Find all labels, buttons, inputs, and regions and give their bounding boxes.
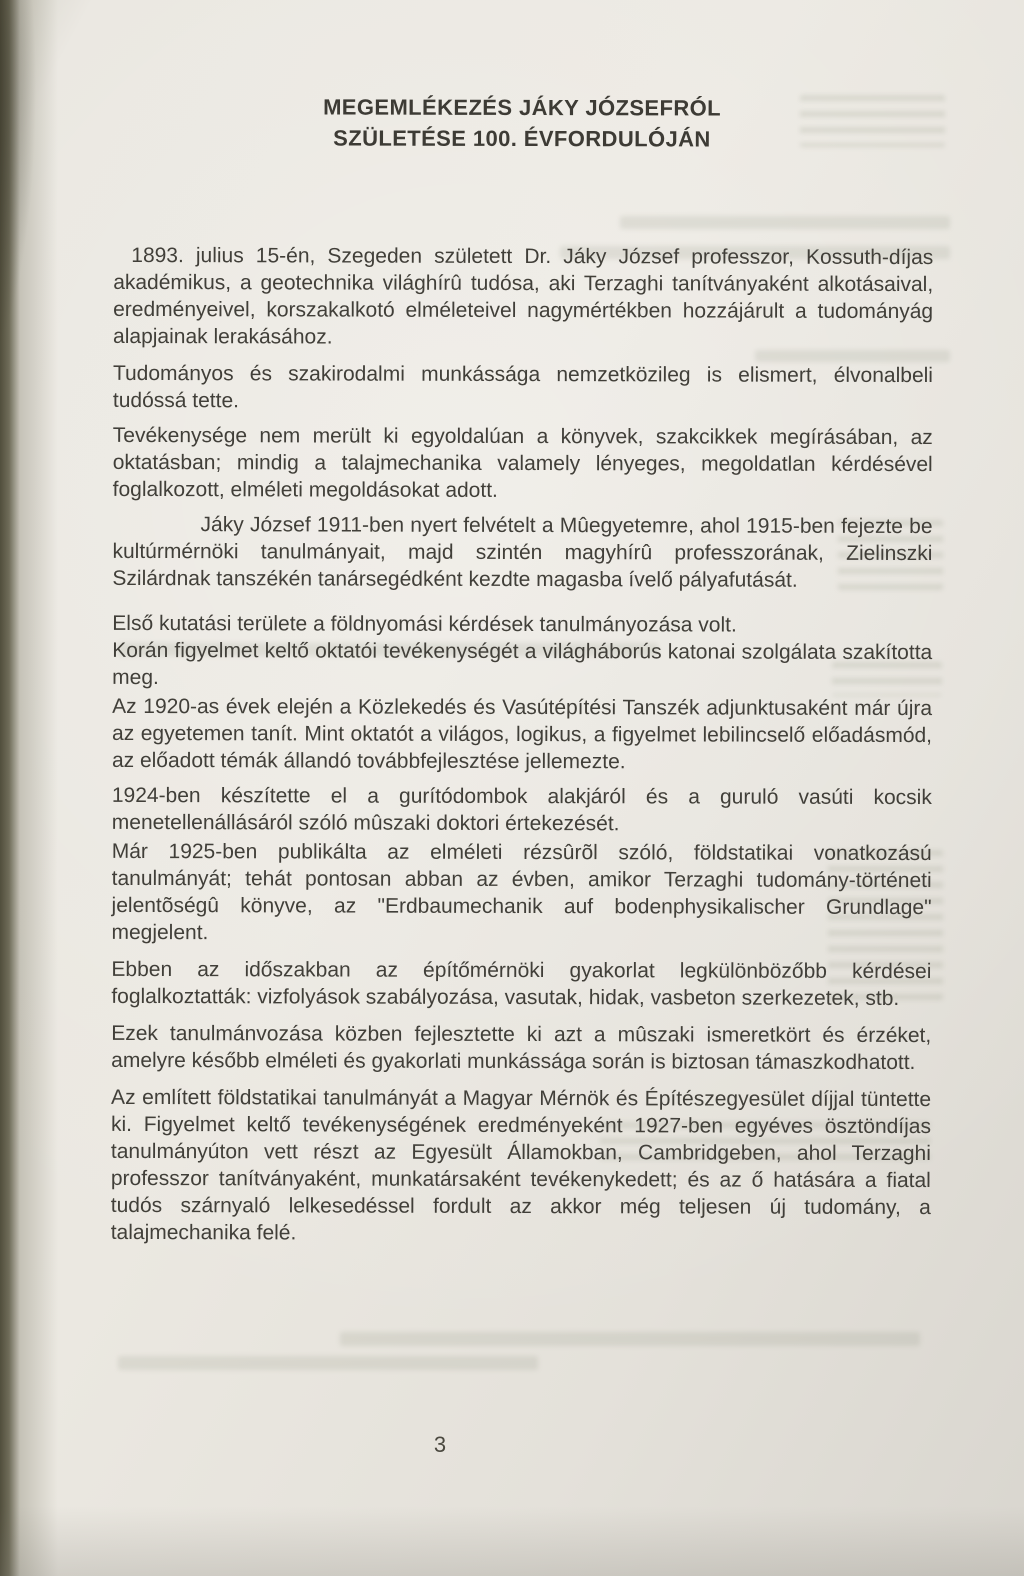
paragraph-scientific-renown: Tudományos és szakirodalmi munkássága ne… <box>113 360 933 416</box>
paragraph-birth-intro: 1893. julius 15-én, Szegeden született D… <box>113 242 933 352</box>
paragraph-activity-scope: Tevékenysége nem merült ki egyoldalúan a… <box>113 422 933 505</box>
paragraph-knowledge-development: Ezek tanulmánvozása közben fejlesztette … <box>111 1020 931 1076</box>
bleed-through-artifact <box>620 216 950 229</box>
paragraph-1925-publication: Már 1925-ben publikálta az elméleti rézs… <box>111 838 931 948</box>
paragraph-engineering-practice: Ebben az időszakban az építőmérnöki gyak… <box>111 956 931 1012</box>
document-body: 1893. julius 15-én, Szegeden született D… <box>111 242 934 1248</box>
paragraph-war-service: Korán figyelmet keltő oktatói tevékenysé… <box>112 637 932 693</box>
page-curl-shadow <box>0 0 80 600</box>
paragraph-1920s-teaching: Az 1920-as évek elején a Közlekedés és V… <box>112 693 932 776</box>
paragraph-award-and-usa-trip: Az említett földstatikai tanulmányát a M… <box>111 1084 931 1248</box>
bleed-through-artifact <box>340 1332 920 1346</box>
document-title-line1: MEGEMLÉKEZÉS JÁKY JÓZSEFRÓL <box>112 91 932 124</box>
bottom-edge-shadow <box>0 1506 1024 1576</box>
bleed-through-artifact <box>118 1356 538 1370</box>
document-title: MEGEMLÉKEZÉS JÁKY JÓZSEFRÓL SZÜLETÉSE 10… <box>112 91 932 155</box>
paragraph-first-research: Első kutatási területe a földnyomási kér… <box>112 610 932 639</box>
scanned-document-page: MEGEMLÉKEZÉS JÁKY JÓZSEFRÓL SZÜLETÉSE 10… <box>0 0 1024 1576</box>
paragraph-1924-dissertation: 1924-ben készítette el a gurítódombok al… <box>112 782 932 838</box>
paragraph-university-years: Jáky József 1911-ben nyert felvételt a M… <box>112 511 932 594</box>
document-title-line2: SZÜLETÉSE 100. ÉVFORDULÓJÁN <box>112 122 932 155</box>
page-number: 3 <box>420 1432 460 1458</box>
